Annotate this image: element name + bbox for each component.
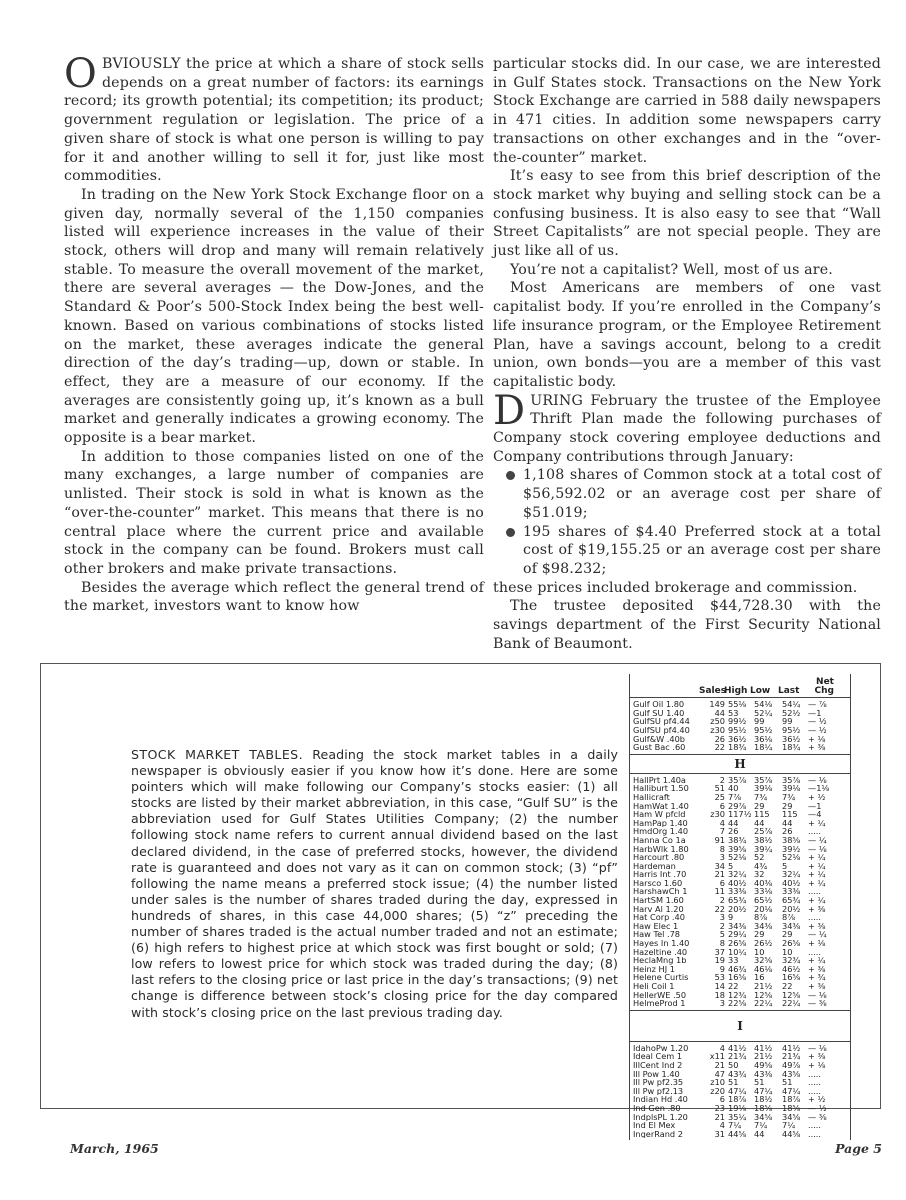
header-sales: Sales — [699, 687, 724, 696]
article-right-column: particular stocks did. In our case, we a… — [493, 55, 881, 654]
stock-row: IngerRand 23144⅝4444⅝..... — [630, 1130, 850, 1139]
section-letter-i: I — [630, 1010, 850, 1042]
section-letter-h: H — [630, 754, 850, 774]
header-low: Low — [750, 687, 778, 696]
paragraph-most-americans: Most Americans are members of one vast c… — [493, 279, 881, 391]
paragraph-deposit: The trustee deposited $44,728.30 with th… — [493, 597, 881, 653]
stock-group-h: HallPrt 1.40a235⅞35⅞35⅞— ⅛Halliburt 1.50… — [630, 774, 850, 1010]
stock-tables-caption: STOCK MARKET TABLES. Reading the stock m… — [131, 747, 618, 1021]
paragraph-gulf-states: particular stocks did. In our case, we a… — [493, 55, 881, 167]
stock-row: Gust Bac .602218¾18¼18¾+ ⅜ — [630, 743, 850, 752]
paragraph-besides: Besides the average which reflect the ge… — [64, 579, 484, 616]
header-last: Last — [778, 687, 804, 696]
paragraph-brokerage: these prices included brokerage and comm… — [493, 579, 881, 598]
stock-group-i: IdahoPw 1.20441½41½41½— ⅛Ideal Cem 1x112… — [630, 1042, 850, 1141]
purchase-item-common: 1,108 shares of Common stock at a total … — [493, 466, 881, 522]
stock-group-g: Gulf Oil 1.8014955⅛54⅛54¼— ⅞Gulf SU 1.40… — [630, 698, 850, 754]
paragraph-averages: In trading on the New York Stock Exchang… — [64, 186, 484, 448]
stock-table: Sales High Low Last NetChg Gulf Oil 1.80… — [629, 674, 851, 1140]
paragraph-not-capitalist: You’re not a capitalist? Well, most of u… — [493, 261, 881, 280]
intro-paragraph: OBVIOUSLY the price at which a share of … — [64, 55, 484, 186]
paragraph-unlisted: In addition to those companies listed on… — [64, 448, 484, 579]
bullet-icon — [506, 528, 515, 537]
stock-table-header: Sales High Low Last NetChg — [630, 674, 850, 698]
stock-row: HelmeProd 1322⅝22¼22¼— ⅜ — [630, 999, 850, 1008]
drop-cap-o: O — [64, 57, 97, 91]
stock-tables-box: STOCK MARKET TABLES. Reading the stock m… — [40, 663, 881, 1109]
footer-date: March, 1965 — [70, 1141, 159, 1156]
caption-body: Reading the stock market tables in a dai… — [131, 747, 618, 1020]
footer-page-number: Page 5 — [835, 1141, 882, 1156]
purchase-list: 1,108 shares of Common stock at a total … — [493, 466, 881, 578]
header-net-chg: NetChg — [804, 678, 834, 695]
purchase-item-preferred: 195 shares of $4.40 Preferred stock at a… — [493, 523, 881, 579]
drop-cap-d: D — [493, 394, 525, 428]
header-high: High — [724, 687, 750, 696]
article-left-column: OBVIOUSLY the price at which a share of … — [64, 55, 484, 616]
thrift-plan-paragraph: DURING February the trustee of the Emplo… — [493, 392, 881, 467]
paragraph-easy-to-see: It’s easy to see from this brief descrip… — [493, 167, 881, 261]
bullet-icon — [506, 471, 515, 480]
caption-title: STOCK MARKET TABLES. — [131, 747, 303, 762]
